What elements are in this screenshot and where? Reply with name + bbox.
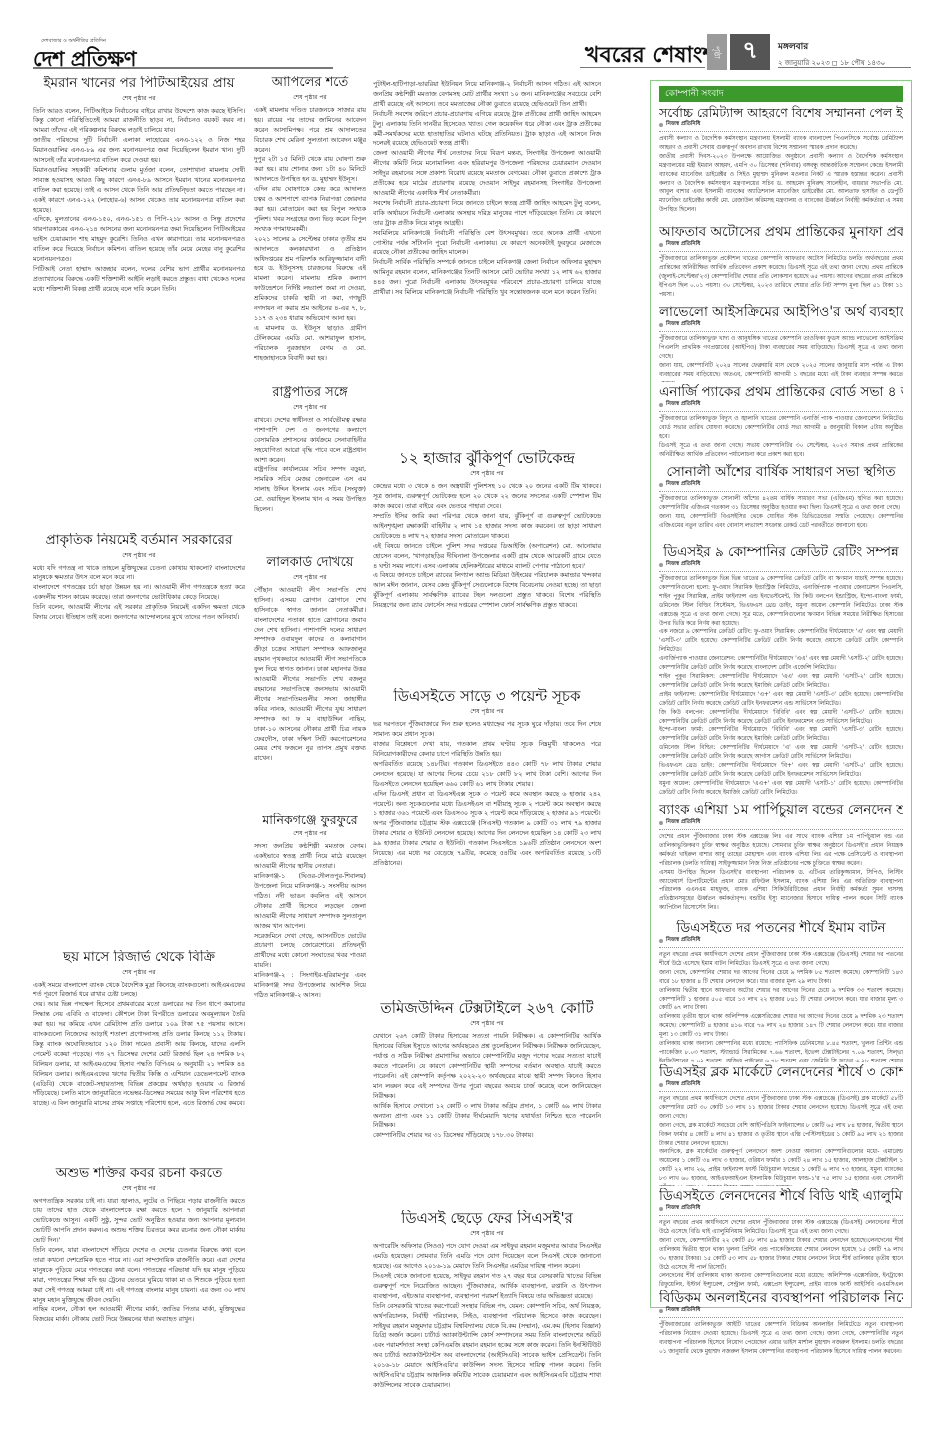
article-imran-khan: ইমরান খানের পর পিটিআইয়ের প্রায় শেষ পৃষ… xyxy=(33,76,245,513)
byline: নিজস্ব প্রতিনিধি xyxy=(659,401,903,409)
dotted-divider xyxy=(659,947,903,948)
company-body: পুঁজিবাজারের তালিকাভুক্ত আইটি খাতের কোম্… xyxy=(659,1321,903,1357)
jump-label: শেষ পৃষ্ঠার পর xyxy=(33,1183,245,1194)
byline: নিজস্ব প্রতিনিধি xyxy=(659,241,903,249)
article-headline[interactable]: মানিকগঞ্জে ফুরফুরে xyxy=(254,813,366,827)
bullet-icon xyxy=(659,323,663,327)
article-headline[interactable]: ডিএসই ছেড়ে ফের সিএসই'র xyxy=(373,1210,601,1227)
jump-label: শেষ পৃষ্ঠার পর xyxy=(254,828,366,839)
article-dse-index: ডিএসইতে সাড়ে ৩ পয়েন্ট সূচক শেষ পৃষ্ঠার… xyxy=(373,688,601,1000)
dotted-divider xyxy=(659,491,903,492)
article-evil-force: অশুভ শক্তির কবর রচনা করতে শেষ পৃষ্ঠার পর… xyxy=(33,1166,245,1414)
article-red-card: লালকার্ড দেখিয়ে শেষ পৃষ্ঠার পর পৌঁছান আ… xyxy=(254,556,366,814)
company-headline[interactable]: বিডিকম অনলাইনের ব্যবস্থাপনা পরিচালক নিয়… xyxy=(659,1290,903,1307)
company-body: নতুন বছরের প্রথম কার্যদিবসে দেশের প্রধান… xyxy=(659,951,903,1062)
byline: নিজস্ব প্রতিনিধি xyxy=(659,819,903,827)
jump-label: শেষ পৃষ্ঠার পর xyxy=(33,93,245,104)
byline: নিজস্ব প্রতিনিধি xyxy=(659,121,903,129)
jump-label: শেষ পৃষ্ঠার পর xyxy=(254,402,366,413)
article-body: একই সময়ে বাংলাদেশ ব্যাংক থেকে বৈদেশিক ম… xyxy=(33,981,245,1110)
jump-label: শেষ পৃষ্ঠার পর xyxy=(373,1018,601,1029)
article-headline[interactable]: ইমরান খানের পর পিটিআইয়ের প্রায় xyxy=(33,76,245,92)
dotted-divider xyxy=(659,1215,903,1216)
newspaper-logo[interactable]: দেশ প্রতিক্ষণ xyxy=(33,43,136,78)
company-headline[interactable]: ডিএসইর ব্লক মার্কেটে লেনদেনের শীর্ষে ৩ ক… xyxy=(659,1064,903,1081)
article-headline[interactable]: রাষ্ট্রপতির সঙ্গে xyxy=(254,386,366,401)
dotted-divider xyxy=(659,331,903,332)
jump-label: শেষ পৃষ্ঠার পর xyxy=(254,572,366,583)
page-number: ৭ xyxy=(730,34,770,70)
bullet-icon xyxy=(659,123,663,127)
company-news-item: ব্যাংক এশিয়া ১ম পার্পিচুয়াল বন্ডের লেন… xyxy=(659,802,903,918)
company-news-item: সর্বোচ্চ রেমিট্যান্স আহরণে বিশেষ সম্মানন… xyxy=(659,104,903,222)
jump-label: শেষ পৃষ্ঠার পর xyxy=(373,468,601,479)
company-body: পুঁজিবাজারে তালিকাভুক্ত খাদ্য ও আনুষঙ্গি… xyxy=(659,335,903,382)
company-headline[interactable]: এনার্জি প্যাকের প্রথম প্রান্তিকের বোর্ড … xyxy=(659,384,903,401)
company-body: নতুন বছরের প্রথম কার্যদিবসে দেশের প্রধান… xyxy=(659,1095,903,1186)
bullet-icon xyxy=(659,1207,663,1211)
article-body: তিনি আরও বলেন, পিটিআইকে নির্বাচনের বাইরে… xyxy=(33,107,245,295)
company-headline[interactable]: ডিএসইর ৯ কোম্পানির ক্রেডিট রেটিং সম্পন্ন xyxy=(659,544,903,561)
jump-label: শেষ পৃষ্ঠার পর xyxy=(373,706,601,717)
company-headline[interactable]: ব্যাংক এশিয়া ১ম পার্পিচুয়াল বন্ডের লেন… xyxy=(659,802,903,819)
company-body: পুঁজিবাজারে তালিকাভুক্ত সোনালী আঁশের ৪২ত… xyxy=(659,495,903,531)
article-body: রাখবে। দেশের স্বাধীনতা ও সার্বভৌমত্ব রক্… xyxy=(254,416,366,515)
company-news-header: কোম্পানী সংবাদ xyxy=(659,86,903,102)
byline: নিজস্ব প্রতিনিধি xyxy=(659,1081,903,1089)
page-label: পৃষ্ঠা xyxy=(707,34,727,70)
weekday: মঙ্গলবার xyxy=(778,39,910,54)
article-headline[interactable]: আপিলের শর্তে xyxy=(254,76,366,91)
article-president: রাষ্ট্রপতির সঙ্গে শেষ পৃষ্ঠার পর রাখবে। … xyxy=(254,386,366,554)
company-news-box: কোম্পানী সংবাদ সর্বোচ্চ রেমিট্যান্স আহরণ… xyxy=(650,80,912,1308)
article-manikganj-continued: পুটাইল-হাটিপাড়া-ভাররিয়া ইউনিয়ন নিয়ে … xyxy=(373,80,601,370)
article-manikganj: মানিকগঞ্জে ফুরফুরে শেষ পৃষ্ঠার পর সদস্য … xyxy=(254,813,366,1423)
article-risky-polling-centres: ১২ হাজার ঝুঁকিপূর্ণ ভোটকেন্দ্র শেষ পৃষ্ঠ… xyxy=(373,450,601,672)
jump-label: শেষ পৃষ্ঠার পর xyxy=(373,1228,601,1239)
article-reserve-sale: ছয় মাসে রিজার্ভ থেকে বিক্রি শেষ পৃষ্ঠার… xyxy=(33,950,245,1162)
company-headline[interactable]: ডিএসইতে লেনদেনের শীর্ষে বিডি থাই এ্যালুম… xyxy=(659,1188,903,1205)
company-body: দেশের প্রধান পুঁজিবাজার ঢাকা স্টক এক্সচে… xyxy=(659,833,903,913)
dotted-divider xyxy=(659,411,903,412)
company-news-item: এনার্জি প্যাকের প্রথম প্রান্তিকের বোর্ড … xyxy=(659,384,903,462)
date-rule xyxy=(778,67,911,68)
company-headline[interactable]: আফতাব অটোসের প্রথম প্রান্তিকের মুনাফা প্… xyxy=(659,224,903,241)
bullet-icon xyxy=(659,563,663,567)
company-body: পুঁজিবাজারে তালিকাভুক্ত প্রকৌশল খাতের কো… xyxy=(659,255,903,300)
article-appeal-condition: আপিলের শর্তে শেষ পৃষ্ঠার পর একই মামলায় … xyxy=(254,76,366,386)
company-news-item: লাভেলো আইসক্রিমের আইপিও'র অর্থ ব্যবহারের… xyxy=(659,304,903,382)
date-block: মঙ্গলবার ২ জানুয়ারি ২০২৩ ◻ ১৮ পৌষ ১৪৩০ xyxy=(778,39,910,69)
company-news-item: ডিএসইর ব্লক মার্কেটে লেনদেনের শীর্ষে ৩ ক… xyxy=(659,1064,903,1186)
article-body: পৌঁছান আওয়ামী লীগ সভাপতি শেখ হাসিনা। এস… xyxy=(254,586,366,764)
bullet-icon xyxy=(659,939,663,943)
section-title-rule xyxy=(580,67,705,68)
company-headline[interactable]: সর্বোচ্চ রেমিট্যান্স আহরণে বিশেষ সম্মানন… xyxy=(659,104,903,121)
byline: নিজস্ব প্রতিনিধি xyxy=(659,1307,903,1315)
article-body: অগণতান্ত্রিক সরকার চাই না। যারা জ্বালাও,… xyxy=(33,1197,245,1326)
company-news-item: বিডিকম অনলাইনের ব্যবস্থাপনা পরিচালক নিয়… xyxy=(659,1290,903,1370)
article-headline[interactable]: ১২ হাজার ঝুঁকিপূর্ণ ভোটকেন্দ্র xyxy=(373,450,601,467)
company-news-item: ডিএসইতে দর পতনের শীর্ষে ইমাম বাটন নিজস্ব… xyxy=(659,920,903,1062)
section-title: খবরের শেষাংশ xyxy=(585,38,715,75)
article-headline[interactable]: প্রাকৃতিক নিয়মেই বর্তমান সরকারের xyxy=(33,533,245,549)
article-body: ভর দরপতনে পুঁজিবাজারে দিন শুরু হলেও মধ্য… xyxy=(373,720,601,869)
company-headline[interactable]: সোনালী আঁশের বার্ষিক সাধারণ সভা স্থগিত xyxy=(659,464,903,481)
article-headline[interactable]: লালকার্ড দেখিয়ে xyxy=(254,556,366,571)
bullet-icon xyxy=(659,483,663,487)
company-news-item: সোনালী আঁশের বার্ষিক সাধারণ সভা স্থগিত ন… xyxy=(659,464,903,542)
article-cse-md: ডিএসই ছেড়ে ফের সিএসই'র শেষ পৃষ্ঠার পর অ… xyxy=(373,1210,601,1425)
company-body: পুঁজিবাজারে তালিকাভুক্ত বিদ্যুৎ ও জ্বালা… xyxy=(659,415,903,460)
article-tamijuddin-textile: তমিজউদ্দিন টেক্সটাইলে ২৬৭ কোটি শেষ পৃষ্ঠ… xyxy=(373,1000,601,1202)
company-news-item: ডিএসইর ৯ কোম্পানির ক্রেডিট রেটিং সম্পন্ন… xyxy=(659,544,903,800)
masthead-rule xyxy=(33,67,333,69)
byline: নিজস্ব প্রতিনিধি xyxy=(659,561,903,569)
article-body: পুটাইল-হাটিপাড়া-ভাররিয়া ইউনিয়ন নিয়ে … xyxy=(373,80,601,298)
article-headline[interactable]: ডিএসইতে সাড়ে ৩ পয়েন্ট সূচক xyxy=(373,688,601,705)
byline: নিজস্ব প্রতিনিধি xyxy=(659,321,903,329)
company-news-item: আফতাব অটোসের প্রথম প্রান্তিকের মুনাফা প্… xyxy=(659,224,903,302)
article-headline[interactable]: অশুভ শক্তির কবর রচনা করতে xyxy=(33,1166,245,1182)
article-body: কেন্দ্রের মধ্যে ৩ থেকে ৪ জন অস্ত্রধারী প… xyxy=(373,482,601,611)
article-body: অপারেটিং অফিসার (সিওও) পদে যোগ দেওয়া এম… xyxy=(373,1242,601,1391)
jump-label: শেষ পৃষ্ঠার পর xyxy=(33,550,245,561)
byline: নিজস্ব প্রতিনিধি xyxy=(659,481,903,489)
bullet-icon xyxy=(659,1309,663,1313)
bullet-icon xyxy=(659,1083,663,1087)
article-headline[interactable]: তমিজউদ্দিন টেক্সটাইলে ২৬৭ কোটি xyxy=(373,1000,601,1017)
company-news-item: ডিএসইতে লেনদেনের শীর্ষে বিডি থাই এ্যালুম… xyxy=(659,1188,903,1288)
jump-label: শেষ পৃষ্ঠার পর xyxy=(33,967,245,978)
article-body: একই মামলায় দণ্ডিত চারজনকে সাজার রায় হয… xyxy=(254,106,366,364)
byline: নিজস্ব প্রতিনিধি xyxy=(659,1205,903,1213)
article-natural-law: প্রাকৃতিক নিয়মেই বর্তমান সরকারের শেষ পৃ… xyxy=(33,533,245,948)
article-headline[interactable]: ছয় মাসে রিজার্ভ থেকে বিক্রি xyxy=(33,950,245,966)
dotted-divider xyxy=(659,829,903,830)
bullet-icon xyxy=(659,821,663,825)
company-body: প্রবাসী কল্যাণ ও বৈদেশিক কর্মসংস্থান মন্… xyxy=(659,135,903,215)
dotted-divider xyxy=(659,131,903,132)
company-body: নতুন বছরের প্রথম কার্যদিবসে দেশের প্রধান… xyxy=(659,1219,903,1288)
article-body: মধ্যে যদি গণতন্ত্র না থাকে তাহলে মুক্তিয… xyxy=(33,564,245,623)
company-headline[interactable]: ডিএসইতে দর পতনের শীর্ষে ইমাম বাটন xyxy=(659,920,903,937)
bullet-icon xyxy=(659,243,663,247)
bullet-icon xyxy=(659,403,663,407)
company-body: পুঁজিবাজারে তালিকাভুক্ত ভিন্ন ভিন্ন খাতে… xyxy=(659,575,903,798)
dotted-divider xyxy=(659,1317,903,1318)
dotted-divider xyxy=(659,571,903,572)
dotted-divider xyxy=(659,251,903,252)
article-body: সদস্য জনপ্রিয় কণ্ঠশিল্পী মমতাজ বেগম। এক… xyxy=(254,842,366,1001)
byline: নিজস্ব প্রতিনিধি xyxy=(659,937,903,945)
article-body: যেখানে ২৬৭ কোটি টাকার হিসাবের সত্যতা পায… xyxy=(373,1032,601,1141)
jump-label: শেষ পৃষ্ঠার পর xyxy=(254,92,366,103)
dotted-divider xyxy=(659,1091,903,1092)
company-headline[interactable]: লাভেলো আইসক্রিমের আইপিও'র অর্থ ব্যবহারের… xyxy=(659,304,903,321)
